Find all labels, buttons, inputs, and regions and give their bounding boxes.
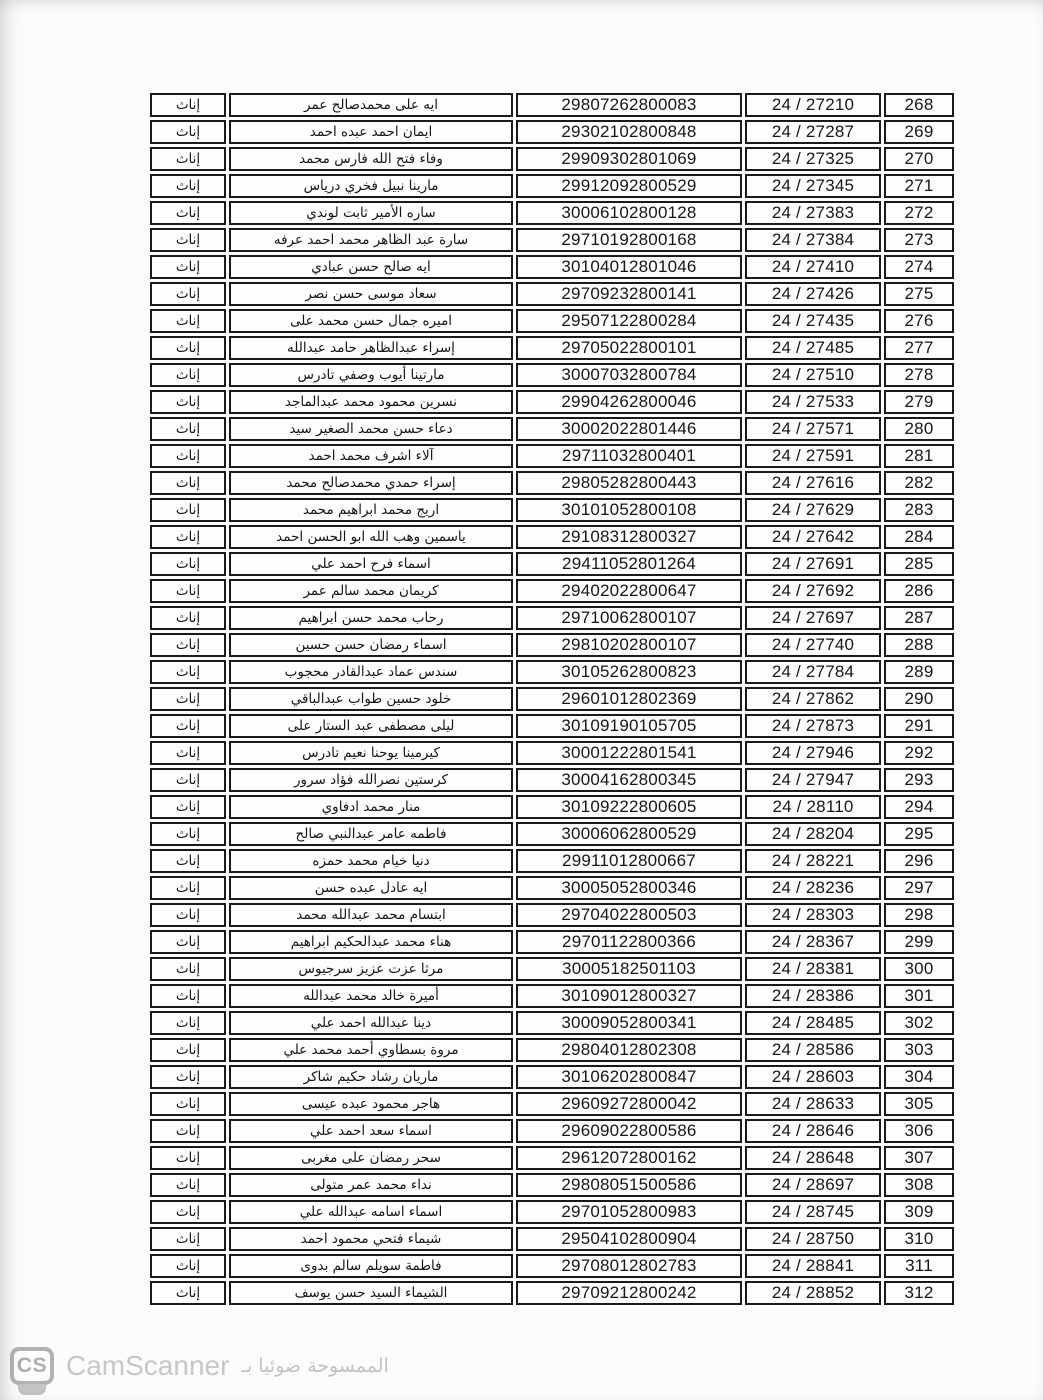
national-id-cell: 29711032800401 bbox=[516, 444, 742, 468]
table-row: إناث إسراء حمدي محمدصالح محمد 2980528280… bbox=[150, 471, 954, 495]
table-row: إناث ايه على محمدصالح عمر 29807262800083… bbox=[150, 93, 954, 117]
seat-number-cell: 24 / 27345 bbox=[745, 174, 881, 198]
name-cell: كرستين نصرالله فؤاد سرور bbox=[229, 768, 513, 792]
name-cell: اريج محمد ابراهيم محمد bbox=[229, 498, 513, 522]
name-cell: كيرمينا يوحنا نعيم تادرس bbox=[229, 741, 513, 765]
serial-number-cell: 303 bbox=[884, 1038, 954, 1062]
gender-cell: إناث bbox=[150, 1254, 226, 1278]
seat-number-cell: 24 / 27591 bbox=[745, 444, 881, 468]
gender-cell: إناث bbox=[150, 957, 226, 981]
gender-cell: إناث bbox=[150, 633, 226, 657]
national-id-cell: 29709232800141 bbox=[516, 282, 742, 306]
name-cell: فاطمة سويلم سالم بدوى bbox=[229, 1254, 513, 1278]
national-id-cell: 29807262800083 bbox=[516, 93, 742, 117]
serial-number-cell: 297 bbox=[884, 876, 954, 900]
name-cell: الشيماء السيد حسن يوسف bbox=[229, 1281, 513, 1305]
seat-number-cell: 24 / 28745 bbox=[745, 1200, 881, 1224]
seat-number-cell: 24 / 27873 bbox=[745, 714, 881, 738]
name-cell: نسرين محمود محمد عبدالماجد bbox=[229, 390, 513, 414]
seat-number-cell: 24 / 27691 bbox=[745, 552, 881, 576]
seat-number-cell: 24 / 27862 bbox=[745, 687, 881, 711]
gender-cell: إناث bbox=[150, 1281, 226, 1305]
gender-cell: إناث bbox=[150, 930, 226, 954]
seat-number-cell: 24 / 28381 bbox=[745, 957, 881, 981]
seat-number-cell: 24 / 28367 bbox=[745, 930, 881, 954]
seat-number-cell: 24 / 28750 bbox=[745, 1227, 881, 1251]
name-cell: سارة عبد الظاهر محمد احمد عرفه bbox=[229, 228, 513, 252]
gender-cell: إناث bbox=[150, 1119, 226, 1143]
table-row: إناث رحاب محمد حسن ابراهيم 2971006280010… bbox=[150, 606, 954, 630]
gender-cell: إناث bbox=[150, 174, 226, 198]
national-id-cell: 30006102800128 bbox=[516, 201, 742, 225]
table-row: إناث ايمان احمد عبده احمد 29302102800848… bbox=[150, 120, 954, 144]
seat-number-cell: 24 / 27697 bbox=[745, 606, 881, 630]
name-cell: سعاد موسى حسن نصر bbox=[229, 282, 513, 306]
seat-number-cell: 24 / 27325 bbox=[745, 147, 881, 171]
table-row: إناث ساره الأمير ثابت لوندي 300061028001… bbox=[150, 201, 954, 225]
name-cell: ايه على محمدصالح عمر bbox=[229, 93, 513, 117]
gender-cell: إناث bbox=[150, 795, 226, 819]
national-id-cell: 29805282800443 bbox=[516, 471, 742, 495]
name-cell: شيماء فتحي محمود احمد bbox=[229, 1227, 513, 1251]
national-id-cell: 30002022801446 bbox=[516, 417, 742, 441]
name-cell: دنيا خيام محمد حمزه bbox=[229, 849, 513, 873]
candidates-table: إناث ايه على محمدصالح عمر 29807262800083… bbox=[147, 90, 957, 1308]
camscanner-caption-label: الممسوحة ضوئيا بـ bbox=[241, 1355, 388, 1377]
name-cell: اسماء فرح احمد علي bbox=[229, 552, 513, 576]
serial-number-cell: 283 bbox=[884, 498, 954, 522]
table-row: إناث آلاء اشرف محمد احمد 29711032800401 … bbox=[150, 444, 954, 468]
seat-number-cell: 24 / 27642 bbox=[745, 525, 881, 549]
national-id-cell: 30001222801541 bbox=[516, 741, 742, 765]
national-id-cell: 29710062800107 bbox=[516, 606, 742, 630]
gender-cell: إناث bbox=[150, 1146, 226, 1170]
national-id-cell: 29808051500586 bbox=[516, 1173, 742, 1197]
national-id-cell: 29411052801264 bbox=[516, 552, 742, 576]
name-cell: مرثا عزت عزيز سرجيوس bbox=[229, 957, 513, 981]
national-id-cell: 29108312800327 bbox=[516, 525, 742, 549]
serial-number-cell: 270 bbox=[884, 147, 954, 171]
national-id-cell: 29709212800242 bbox=[516, 1281, 742, 1305]
national-id-cell: 29402022800647 bbox=[516, 579, 742, 603]
serial-number-cell: 280 bbox=[884, 417, 954, 441]
name-cell: اسماء سعد احمد علي bbox=[229, 1119, 513, 1143]
table-row: إناث ايه عادل عبده حسن 30005052800346 24… bbox=[150, 876, 954, 900]
gender-cell: إناث bbox=[150, 228, 226, 252]
seat-number-cell: 24 / 28648 bbox=[745, 1146, 881, 1170]
table-row: إناث سارة عبد الظاهر محمد احمد عرفه 2971… bbox=[150, 228, 954, 252]
gender-cell: إناث bbox=[150, 1092, 226, 1116]
national-id-cell: 29701122800366 bbox=[516, 930, 742, 954]
serial-number-cell: 306 bbox=[884, 1119, 954, 1143]
name-cell: اميره جمال حسن محمد على bbox=[229, 309, 513, 333]
name-cell: منار محمد ادفاوي bbox=[229, 795, 513, 819]
national-id-cell: 30104012801046 bbox=[516, 255, 742, 279]
serial-number-cell: 300 bbox=[884, 957, 954, 981]
serial-number-cell: 296 bbox=[884, 849, 954, 873]
name-cell: ايه عادل عبده حسن bbox=[229, 876, 513, 900]
table-row: إناث كيرمينا يوحنا نعيم تادرس 3000122280… bbox=[150, 741, 954, 765]
name-cell: دينا عبدالله احمد علي bbox=[229, 1011, 513, 1035]
table-row: إناث دنيا خيام محمد حمزه 29911012800667 … bbox=[150, 849, 954, 873]
table-row: إناث اميره جمال حسن محمد على 29507122800… bbox=[150, 309, 954, 333]
name-cell: أميرة خالد محمد عبدالله bbox=[229, 984, 513, 1008]
gender-cell: إناث bbox=[150, 849, 226, 873]
table-row: إناث اسماء اسامه عبدالله علي 29701052800… bbox=[150, 1200, 954, 1224]
seat-number-cell: 24 / 28852 bbox=[745, 1281, 881, 1305]
gender-cell: إناث bbox=[150, 714, 226, 738]
serial-number-cell: 282 bbox=[884, 471, 954, 495]
gender-cell: إناث bbox=[150, 282, 226, 306]
table-row: إناث ماريان رشاد حكيم شاكر 3010620280084… bbox=[150, 1065, 954, 1089]
name-cell: مارتينا أيوب وصفي تادرس bbox=[229, 363, 513, 387]
national-id-cell: 29708012802783 bbox=[516, 1254, 742, 1278]
name-cell: دعاء حسن محمد الصغير سيد bbox=[229, 417, 513, 441]
national-id-cell: 30105262800823 bbox=[516, 660, 742, 684]
name-cell: مارينا نبيل فخري درياس bbox=[229, 174, 513, 198]
gender-cell: إناث bbox=[150, 606, 226, 630]
serial-number-cell: 279 bbox=[884, 390, 954, 414]
serial-number-cell: 287 bbox=[884, 606, 954, 630]
serial-number-cell: 273 bbox=[884, 228, 954, 252]
serial-number-cell: 293 bbox=[884, 768, 954, 792]
national-id-cell: 29710192800168 bbox=[516, 228, 742, 252]
camscanner-watermark: CS CamScanner الممسوحة ضوئيا بـ bbox=[10, 1347, 389, 1385]
table-row: إناث اريج محمد ابراهيم محمد 301010528001… bbox=[150, 498, 954, 522]
table-row: إناث مارينا نبيل فخري درياس 299120928005… bbox=[150, 174, 954, 198]
seat-number-cell: 24 / 27435 bbox=[745, 309, 881, 333]
national-id-cell: 30109222800605 bbox=[516, 795, 742, 819]
name-cell: ايمان احمد عبده احمد bbox=[229, 120, 513, 144]
table-row: إناث ابتسام محمد عبدالله محمد 2970402280… bbox=[150, 903, 954, 927]
name-cell: مروة بسطاوي أحمد محمد علي bbox=[229, 1038, 513, 1062]
serial-number-cell: 294 bbox=[884, 795, 954, 819]
name-cell: هناء محمد عبدالحكيم ابراهيم bbox=[229, 930, 513, 954]
serial-number-cell: 281 bbox=[884, 444, 954, 468]
serial-number-cell: 268 bbox=[884, 93, 954, 117]
seat-number-cell: 24 / 27210 bbox=[745, 93, 881, 117]
national-id-cell: 29904262800046 bbox=[516, 390, 742, 414]
gender-cell: إناث bbox=[150, 687, 226, 711]
serial-number-cell: 284 bbox=[884, 525, 954, 549]
table-row: إناث دعاء حسن محمد الصغير سيد 3000202280… bbox=[150, 417, 954, 441]
national-id-cell: 30109012800327 bbox=[516, 984, 742, 1008]
table-row: إناث منار محمد ادفاوي 30109222800605 24 … bbox=[150, 795, 954, 819]
table-row: إناث هاجر محمود عبده عيسى 29609272800042… bbox=[150, 1092, 954, 1116]
serial-number-cell: 299 bbox=[884, 930, 954, 954]
seat-number-cell: 24 / 28236 bbox=[745, 876, 881, 900]
seat-number-cell: 24 / 28646 bbox=[745, 1119, 881, 1143]
seat-number-cell: 24 / 27784 bbox=[745, 660, 881, 684]
table-row: إناث كرستين نصرالله فؤاد سرور 3000416280… bbox=[150, 768, 954, 792]
gender-cell: إناث bbox=[150, 552, 226, 576]
table-row: إناث ليلى مصطفى عبد الستار على 301091901… bbox=[150, 714, 954, 738]
name-cell: اسماء اسامه عبدالله علي bbox=[229, 1200, 513, 1224]
gender-cell: إناث bbox=[150, 1227, 226, 1251]
serial-number-cell: 291 bbox=[884, 714, 954, 738]
national-id-cell: 29804012802308 bbox=[516, 1038, 742, 1062]
name-cell: ليلى مصطفى عبد الستار على bbox=[229, 714, 513, 738]
gender-cell: إناث bbox=[150, 1065, 226, 1089]
name-cell: سندس عماد عبدالقادر محجوب bbox=[229, 660, 513, 684]
serial-number-cell: 310 bbox=[884, 1227, 954, 1251]
national-id-cell: 30009052800341 bbox=[516, 1011, 742, 1035]
table-row: إناث ايه صالح حسن عبادي 30104012801046 2… bbox=[150, 255, 954, 279]
gender-cell: إناث bbox=[150, 579, 226, 603]
table-row: إناث وفاء فتح الله فارس محمد 29909302801… bbox=[150, 147, 954, 171]
table-row: إناث أميرة خالد محمد عبدالله 30109012800… bbox=[150, 984, 954, 1008]
table-row: إناث دينا عبدالله احمد علي 3000905280034… bbox=[150, 1011, 954, 1035]
national-id-cell: 29609022800586 bbox=[516, 1119, 742, 1143]
serial-number-cell: 275 bbox=[884, 282, 954, 306]
seat-number-cell: 24 / 27485 bbox=[745, 336, 881, 360]
name-cell: إسراء عبدالظاهر حامد عبدالله bbox=[229, 336, 513, 360]
gender-cell: إناث bbox=[150, 660, 226, 684]
gender-cell: إناث bbox=[150, 1011, 226, 1035]
gender-cell: إناث bbox=[150, 1200, 226, 1224]
gender-cell: إناث bbox=[150, 147, 226, 171]
gender-cell: إناث bbox=[150, 768, 226, 792]
serial-number-cell: 289 bbox=[884, 660, 954, 684]
seat-number-cell: 24 / 27287 bbox=[745, 120, 881, 144]
name-cell: نداء محمد عمر متولى bbox=[229, 1173, 513, 1197]
serial-number-cell: 269 bbox=[884, 120, 954, 144]
national-id-cell: 29705022800101 bbox=[516, 336, 742, 360]
national-id-cell: 29612072800162 bbox=[516, 1146, 742, 1170]
serial-number-cell: 272 bbox=[884, 201, 954, 225]
table-row: إناث سندس عماد عبدالقادر محجوب 301052628… bbox=[150, 660, 954, 684]
table-body: إناث ايه على محمدصالح عمر 29807262800083… bbox=[150, 93, 954, 1305]
name-cell: ابتسام محمد عبدالله محمد bbox=[229, 903, 513, 927]
seat-number-cell: 24 / 27616 bbox=[745, 471, 881, 495]
serial-number-cell: 292 bbox=[884, 741, 954, 765]
seat-number-cell: 24 / 27533 bbox=[745, 390, 881, 414]
gender-cell: إناث bbox=[150, 255, 226, 279]
table-row: إناث سعاد موسى حسن نصر 29709232800141 24… bbox=[150, 282, 954, 306]
seat-number-cell: 24 / 28386 bbox=[745, 984, 881, 1008]
serial-number-cell: 312 bbox=[884, 1281, 954, 1305]
seat-number-cell: 24 / 28586 bbox=[745, 1038, 881, 1062]
table-row: إناث خلود حسين طواب عبدالباقي 2960101280… bbox=[150, 687, 954, 711]
seat-number-cell: 24 / 27383 bbox=[745, 201, 881, 225]
national-id-cell: 30101052800108 bbox=[516, 498, 742, 522]
serial-number-cell: 309 bbox=[884, 1200, 954, 1224]
national-id-cell: 29704022800503 bbox=[516, 903, 742, 927]
gender-cell: إناث bbox=[150, 336, 226, 360]
name-cell: خلود حسين طواب عبدالباقي bbox=[229, 687, 513, 711]
national-id-cell: 30005052800346 bbox=[516, 876, 742, 900]
seat-number-cell: 24 / 28633 bbox=[745, 1092, 881, 1116]
table-row: إناث كريمان محمد سالم عمر 29402022800647… bbox=[150, 579, 954, 603]
table-row: إناث شيماء فتحي محمود احمد 2950410280090… bbox=[150, 1227, 954, 1251]
seat-number-cell: 24 / 28204 bbox=[745, 822, 881, 846]
name-cell: سحر رمضان على مغربى bbox=[229, 1146, 513, 1170]
seat-number-cell: 24 / 27410 bbox=[745, 255, 881, 279]
national-id-cell: 30004162800345 bbox=[516, 768, 742, 792]
table-row: إناث مروة بسطاوي أحمد محمد علي 298040128… bbox=[150, 1038, 954, 1062]
serial-number-cell: 271 bbox=[884, 174, 954, 198]
table-row: إناث الشيماء السيد حسن يوسف 297092128002… bbox=[150, 1281, 954, 1305]
seat-number-cell: 24 / 28603 bbox=[745, 1065, 881, 1089]
camscanner-logo-text: CS bbox=[17, 1354, 47, 1378]
seat-number-cell: 24 / 27947 bbox=[745, 768, 881, 792]
gender-cell: إناث bbox=[150, 417, 226, 441]
seat-number-cell: 24 / 27946 bbox=[745, 741, 881, 765]
table-row: إناث هناء محمد عبدالحكيم ابراهيم 2970112… bbox=[150, 930, 954, 954]
national-id-cell: 29912092800529 bbox=[516, 174, 742, 198]
serial-number-cell: 295 bbox=[884, 822, 954, 846]
name-cell: وفاء فتح الله فارس محمد bbox=[229, 147, 513, 171]
serial-number-cell: 308 bbox=[884, 1173, 954, 1197]
table-row: إناث ياسمين وهب الله ابو الحسن احمد 2910… bbox=[150, 525, 954, 549]
camscanner-brand-label: CamScanner bbox=[66, 1350, 229, 1382]
gender-cell: إناث bbox=[150, 309, 226, 333]
serial-number-cell: 285 bbox=[884, 552, 954, 576]
national-id-cell: 29507122800284 bbox=[516, 309, 742, 333]
serial-number-cell: 311 bbox=[884, 1254, 954, 1278]
gender-cell: إناث bbox=[150, 93, 226, 117]
national-id-cell: 29504102800904 bbox=[516, 1227, 742, 1251]
serial-number-cell: 298 bbox=[884, 903, 954, 927]
gender-cell: إناث bbox=[150, 498, 226, 522]
seat-number-cell: 24 / 28841 bbox=[745, 1254, 881, 1278]
national-id-cell: 30109190105705 bbox=[516, 714, 742, 738]
gender-cell: إناث bbox=[150, 903, 226, 927]
national-id-cell: 29601012802369 bbox=[516, 687, 742, 711]
table-row: إناث نداء محمد عمر متولى 29808051500586 … bbox=[150, 1173, 954, 1197]
name-cell: ايه صالح حسن عبادي bbox=[229, 255, 513, 279]
seat-number-cell: 24 / 28221 bbox=[745, 849, 881, 873]
national-id-cell: 30006062800529 bbox=[516, 822, 742, 846]
seat-number-cell: 24 / 27740 bbox=[745, 633, 881, 657]
scanned-document-page: إناث ايه على محمدصالح عمر 29807262800083… bbox=[0, 0, 1043, 1400]
national-id-cell: 30106202800847 bbox=[516, 1065, 742, 1089]
national-id-cell: 29701052800983 bbox=[516, 1200, 742, 1224]
seat-number-cell: 24 / 27629 bbox=[745, 498, 881, 522]
camscanner-logo-icon: CS bbox=[10, 1347, 54, 1385]
serial-number-cell: 290 bbox=[884, 687, 954, 711]
table-row: إناث مارتينا أيوب وصفي تادرس 30007032800… bbox=[150, 363, 954, 387]
name-cell: ياسمين وهب الله ابو الحسن احمد bbox=[229, 525, 513, 549]
gender-cell: إناث bbox=[150, 444, 226, 468]
seat-number-cell: 24 / 28697 bbox=[745, 1173, 881, 1197]
seat-number-cell: 24 / 28303 bbox=[745, 903, 881, 927]
serial-number-cell: 288 bbox=[884, 633, 954, 657]
serial-number-cell: 277 bbox=[884, 336, 954, 360]
national-id-cell: 30007032800784 bbox=[516, 363, 742, 387]
serial-number-cell: 304 bbox=[884, 1065, 954, 1089]
table-row: إناث اسماء فرح احمد علي 29411052801264 2… bbox=[150, 552, 954, 576]
seat-number-cell: 24 / 28110 bbox=[745, 795, 881, 819]
gender-cell: إناث bbox=[150, 363, 226, 387]
gender-cell: إناث bbox=[150, 201, 226, 225]
national-id-cell: 29911012800667 bbox=[516, 849, 742, 873]
serial-number-cell: 274 bbox=[884, 255, 954, 279]
name-cell: إسراء حمدي محمدصالح محمد bbox=[229, 471, 513, 495]
gender-cell: إناث bbox=[150, 741, 226, 765]
name-cell: ساره الأمير ثابت لوندي bbox=[229, 201, 513, 225]
serial-number-cell: 286 bbox=[884, 579, 954, 603]
seat-number-cell: 24 / 27384 bbox=[745, 228, 881, 252]
gender-cell: إناث bbox=[150, 822, 226, 846]
table-row: إناث نسرين محمود محمد عبدالماجد 29904262… bbox=[150, 390, 954, 414]
name-cell: اسماء رمضان حسن حسين bbox=[229, 633, 513, 657]
name-cell: رحاب محمد حسن ابراهيم bbox=[229, 606, 513, 630]
seat-number-cell: 24 / 27571 bbox=[745, 417, 881, 441]
seat-number-cell: 24 / 27426 bbox=[745, 282, 881, 306]
seat-number-cell: 24 / 27692 bbox=[745, 579, 881, 603]
gender-cell: إناث bbox=[150, 471, 226, 495]
serial-number-cell: 305 bbox=[884, 1092, 954, 1116]
table-row: إناث سحر رمضان على مغربى 29612072800162 … bbox=[150, 1146, 954, 1170]
name-cell: ماريان رشاد حكيم شاكر bbox=[229, 1065, 513, 1089]
gender-cell: إناث bbox=[150, 1038, 226, 1062]
national-id-cell: 29810202800107 bbox=[516, 633, 742, 657]
national-id-cell: 29609272800042 bbox=[516, 1092, 742, 1116]
serial-number-cell: 276 bbox=[884, 309, 954, 333]
name-cell: كريمان محمد سالم عمر bbox=[229, 579, 513, 603]
table-row: إناث مرثا عزت عزيز سرجيوس 30005182501103… bbox=[150, 957, 954, 981]
serial-number-cell: 278 bbox=[884, 363, 954, 387]
table-row: إناث إسراء عبدالظاهر حامد عبدالله 297050… bbox=[150, 336, 954, 360]
seat-number-cell: 24 / 27510 bbox=[745, 363, 881, 387]
gender-cell: إناث bbox=[150, 120, 226, 144]
gender-cell: إناث bbox=[150, 525, 226, 549]
seat-number-cell: 24 / 28485 bbox=[745, 1011, 881, 1035]
national-id-cell: 29302102800848 bbox=[516, 120, 742, 144]
national-id-cell: 29909302801069 bbox=[516, 147, 742, 171]
national-id-cell: 30005182501103 bbox=[516, 957, 742, 981]
name-cell: هاجر محمود عبده عيسى bbox=[229, 1092, 513, 1116]
table-row: إناث اسماء رمضان حسن حسين 29810202800107… bbox=[150, 633, 954, 657]
gender-cell: إناث bbox=[150, 390, 226, 414]
gender-cell: إناث bbox=[150, 876, 226, 900]
table-row: إناث فاطمة سويلم سالم بدوى 2970801280278… bbox=[150, 1254, 954, 1278]
table-row: إناث فاطمه عامر عبدالنبي صالح 3000606280… bbox=[150, 822, 954, 846]
name-cell: آلاء اشرف محمد احمد bbox=[229, 444, 513, 468]
gender-cell: إناث bbox=[150, 1173, 226, 1197]
serial-number-cell: 301 bbox=[884, 984, 954, 1008]
serial-number-cell: 302 bbox=[884, 1011, 954, 1035]
serial-number-cell: 307 bbox=[884, 1146, 954, 1170]
table-row: إناث اسماء سعد احمد علي 29609022800586 2… bbox=[150, 1119, 954, 1143]
gender-cell: إناث bbox=[150, 984, 226, 1008]
name-cell: فاطمه عامر عبدالنبي صالح bbox=[229, 822, 513, 846]
